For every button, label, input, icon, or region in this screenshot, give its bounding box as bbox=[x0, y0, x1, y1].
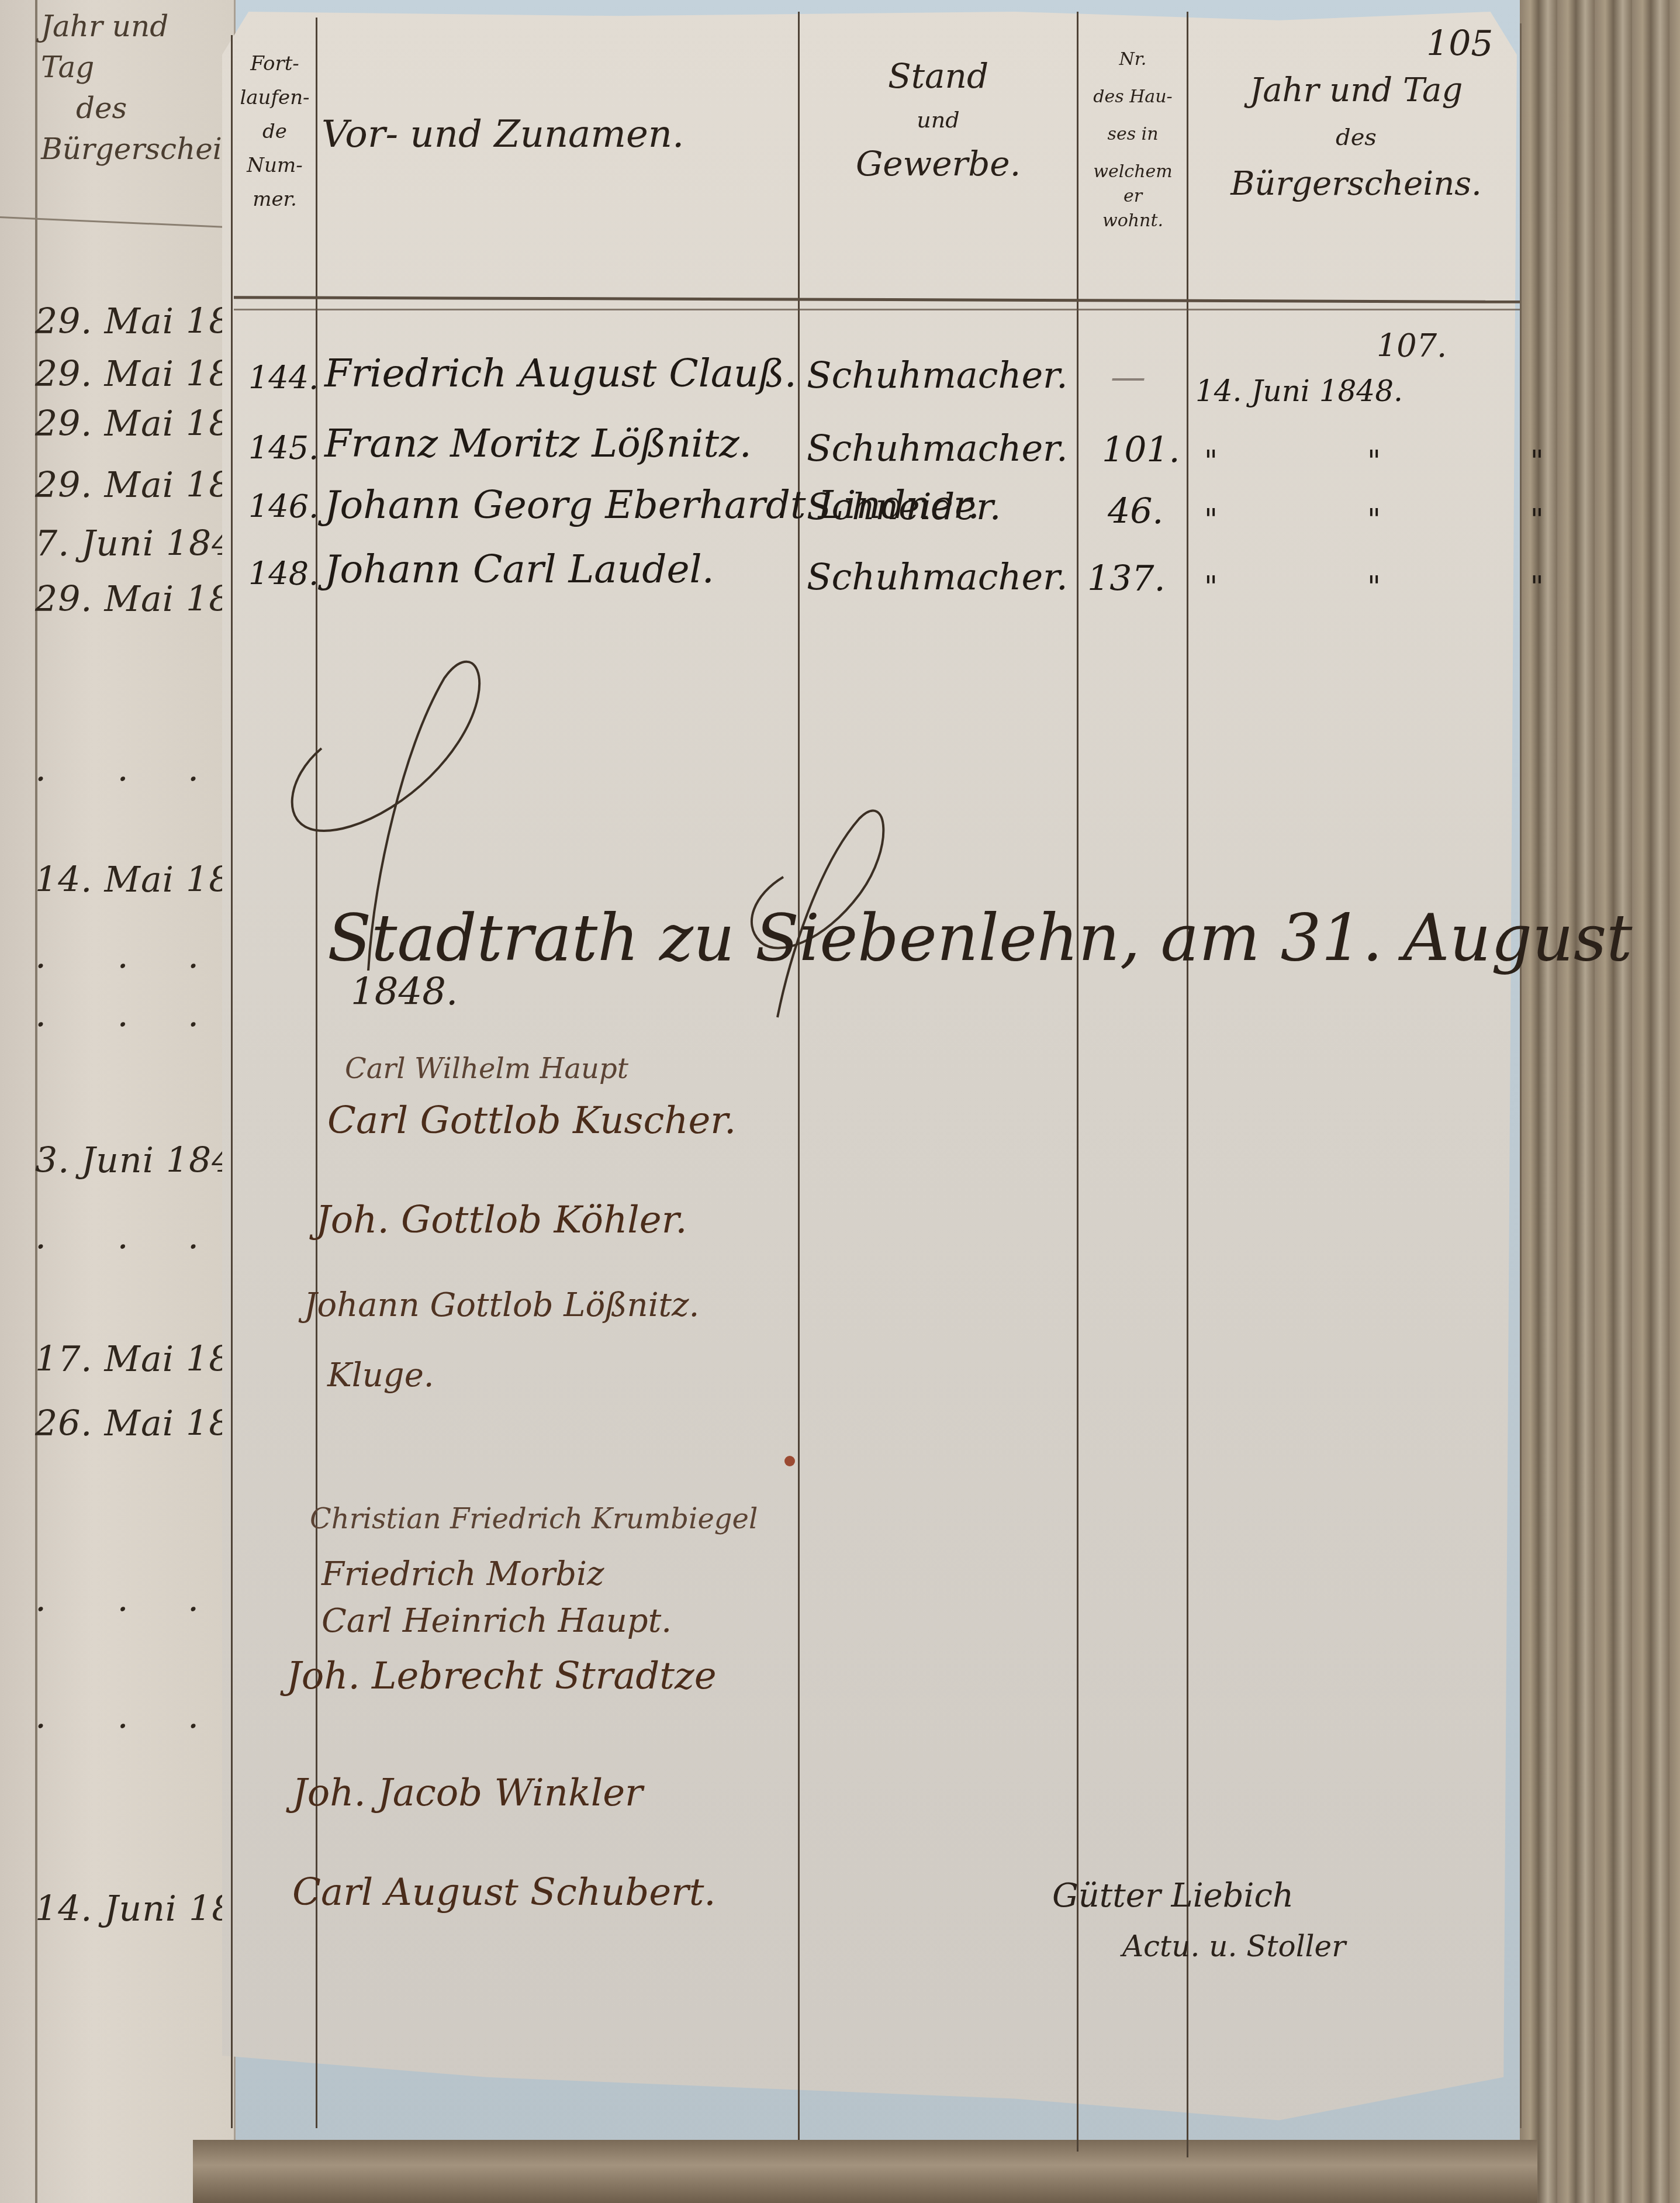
header-line: und bbox=[804, 105, 1073, 134]
cell-name: Friedrich August Clauß. bbox=[324, 351, 797, 396]
signature: Joh. Jacob Winkler bbox=[292, 1772, 643, 1815]
signature: Christian Friedrich Krumbiegel bbox=[310, 1503, 758, 1535]
cell-house-number: 46. bbox=[1108, 491, 1163, 532]
closing-year: 1848. bbox=[351, 971, 458, 1014]
clerk-signature-title: Actu. u. Stoller bbox=[1122, 1929, 1346, 1963]
book-page-edges bbox=[1520, 0, 1680, 2203]
header-line: Nr. bbox=[1080, 41, 1185, 78]
left-date: 17. Mai 18.. bbox=[35, 1339, 255, 1380]
column-rule-name bbox=[798, 12, 800, 2140]
signature: Carl Gottlob Kuscher. bbox=[327, 1099, 736, 1142]
column-rule-trade bbox=[1077, 12, 1078, 2152]
header-line: des bbox=[1192, 123, 1520, 152]
signature: Kluge. bbox=[327, 1356, 434, 1394]
header-line: Jahr und Tag bbox=[1192, 58, 1520, 123]
left-header-line-2: des bbox=[41, 88, 228, 129]
header-line: laufen- bbox=[234, 81, 316, 115]
cell-running-number: 148. bbox=[248, 555, 319, 592]
cell-running-number: 146. bbox=[248, 488, 319, 525]
signature: Friedrich Morbiz bbox=[322, 1555, 604, 1593]
header-date: Jahr und Tag des Bürgerscheins. bbox=[1192, 58, 1520, 216]
cell-certificate-date-ditto: " " " bbox=[1204, 570, 1614, 604]
left-date: 26. Mai 18.. bbox=[35, 1403, 255, 1444]
signature: Joh. Gottlob Köhler. bbox=[316, 1199, 687, 1242]
signature: Carl Heinrich Haupt. bbox=[322, 1602, 672, 1640]
signature: Joh. Lebrecht Stradtze bbox=[286, 1655, 717, 1698]
cell-running-number: 145. bbox=[248, 430, 319, 467]
ditto-marks: . . . bbox=[35, 1696, 199, 1736]
left-header-line-1: Jahr und Tag bbox=[41, 6, 228, 88]
cell-running-number: 144. bbox=[248, 360, 319, 396]
header-name: Vor- und Zunamen. bbox=[322, 99, 789, 170]
cell-trade: Schuhmacher. bbox=[807, 427, 1068, 469]
column-rule-house bbox=[1187, 12, 1188, 2157]
running-number-annotation: 107. bbox=[1377, 327, 1447, 364]
cell-house-number: — bbox=[1111, 357, 1146, 398]
left-page-header: Jahr und Tag des Bürgerscheins. bbox=[41, 6, 228, 170]
header-trade: Stand und Gewerbe. bbox=[804, 47, 1073, 193]
header-line: ses in bbox=[1080, 116, 1185, 153]
header-line: de bbox=[234, 115, 316, 149]
column-rule-right bbox=[1520, 23, 1522, 2128]
cell-trade: Schuhmacher. bbox=[807, 354, 1068, 396]
column-rule-left-margin bbox=[231, 35, 233, 2128]
cell-certificate-date-ditto: " " " bbox=[1204, 503, 1614, 537]
header-running-number: Fort- laufen- de Num- mer. bbox=[234, 47, 316, 216]
header-line: mer. bbox=[234, 182, 316, 216]
ditto-marks: . . . bbox=[35, 1216, 199, 1257]
cell-name: Franz Moritz Lößnitz. bbox=[324, 421, 752, 466]
header-line: Fort- bbox=[234, 47, 316, 81]
ink-spot bbox=[784, 1456, 795, 1466]
ditto-marks: . . . bbox=[35, 1579, 199, 1620]
cell-house-number: 137. bbox=[1087, 558, 1166, 599]
cell-trade: Schneider. bbox=[807, 485, 1001, 528]
closing-statement: Stadtrath zu Siebenlehn, am 31. August bbox=[327, 900, 1633, 975]
header-house-number: Nr. des Hau- ses in welchem er wohnt. bbox=[1080, 41, 1185, 240]
header-line: Gewerbe. bbox=[804, 134, 1073, 193]
signature: Johann Gottlob Lößnitz. bbox=[304, 1286, 699, 1324]
header-line: welchem bbox=[1080, 153, 1185, 191]
ditto-marks: . . . bbox=[35, 748, 199, 789]
header-line: Num- bbox=[234, 149, 316, 182]
header-rule-second bbox=[234, 309, 1520, 310]
header-line: des Hau- bbox=[1080, 78, 1185, 116]
signature: Carl Wilhelm Haupt bbox=[345, 1052, 628, 1085]
clerk-signature: Gütter Liebich bbox=[1052, 1877, 1294, 1915]
header-line: wohnt. bbox=[1080, 202, 1185, 240]
cell-trade: Schuhmacher. bbox=[807, 555, 1068, 598]
signature: Carl August Schubert. bbox=[292, 1871, 716, 1914]
header-line: er bbox=[1080, 191, 1185, 202]
cell-certificate-date-ditto: " " " bbox=[1204, 444, 1614, 478]
ditto-marks: . . . bbox=[35, 935, 199, 976]
register-page bbox=[222, 12, 1543, 2163]
cell-certificate-date: 14. Juni 1848. bbox=[1195, 374, 1403, 408]
left-header-line-3: Bürgerscheins. bbox=[41, 129, 228, 170]
cell-name: Johann Carl Laudel. bbox=[324, 547, 714, 592]
header-line: Stand bbox=[804, 47, 1073, 105]
cell-house-number: 101. bbox=[1102, 430, 1180, 471]
header-line: Bürgerscheins. bbox=[1192, 152, 1520, 216]
book-bottom-edge bbox=[193, 2140, 1537, 2203]
ditto-marks: . . . bbox=[35, 994, 199, 1035]
